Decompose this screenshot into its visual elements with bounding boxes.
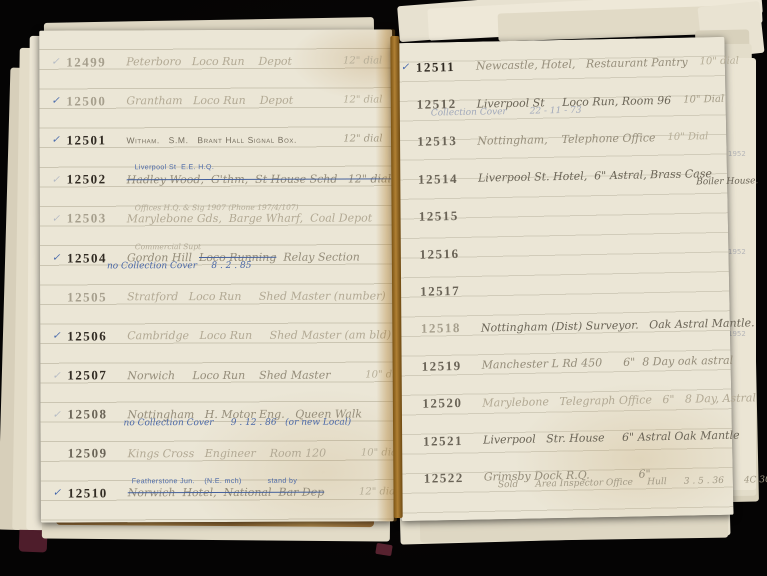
dial-size: 10" dial <box>688 55 767 68</box>
entry-number: 12519 <box>422 357 482 374</box>
ledger-row: 12522 Grimsby Dock R.Q. 6"Sold Area Insp… <box>408 454 729 498</box>
ledger-row: 12520 Marylebone Telegraph Office 6" 8 D… <box>407 379 728 423</box>
ledger-row: ✓ 12501 Witham. S.M. Brant Hall Signal B… <box>51 120 386 160</box>
ledger-row: ✓ 12500 Grantham Loco Run Depot 12" dial <box>51 81 386 121</box>
entry-text-after: Relay Section <box>276 251 359 264</box>
entry-annotation-above: Liverpool St E.E. H.Q. <box>135 164 215 171</box>
entry-text-struck: Hadley Wood, G'thm, St House Schd 12" di… <box>127 172 391 186</box>
entry-annotation-below: Boiler House. <box>696 177 758 188</box>
check-mark: ✓ <box>52 174 67 185</box>
entry-text-before: Kings Cross Engineer Room 120 <box>128 447 327 461</box>
ledger-row: ✓ 12507 Norwich Loco Run Shed Master 10"… <box>52 355 387 395</box>
entry-annotation-above: Commercial Supt <box>135 242 201 251</box>
check-mark: ✓ <box>52 370 67 381</box>
entry-number: 12502 <box>67 171 127 187</box>
ledger-row: ✓ 12506 Cambridge Loco Run Shed Master (… <box>52 316 387 356</box>
entry-text: Liverpool St E.E. H.Q.Hadley Wood, G'thm… <box>127 172 391 186</box>
ledger-row: ✓ 12502 Liverpool St E.E. H.Q.Hadley Woo… <box>52 159 387 199</box>
entry-number: 12513 <box>417 133 477 150</box>
entry-text-before: Nottingham (Dist) Surveyor. Oak Astral M… <box>481 316 755 334</box>
ledger-row: ✓ 12510 Featherstone Jun. (N.E. mch) sta… <box>53 472 388 512</box>
entry-text: Nottingham (Dist) Surveyor. Oak Astral M… <box>481 316 755 334</box>
entry-text: Offices H.Q. & Sig 1907 (Phone 197/4/107… <box>127 211 372 225</box>
dial-size: 12" dial <box>309 134 387 145</box>
entry-number: 12510 <box>68 485 128 501</box>
entry-text: Commercial SuptGordon Hill Loco Running … <box>127 251 360 265</box>
entry-text-struck: Norwich Hotel, National Bar Dep <box>128 486 325 500</box>
left-page-rows: ✓ 12499 Peterboro Loco Run Depot 12" dia… <box>39 29 394 512</box>
entry-number: 12515 <box>419 208 479 225</box>
right-page: ✓ 12511 Newcastle, Hotel, Restaurant Pan… <box>392 37 733 521</box>
fore-edge-number: 1952 <box>728 150 746 158</box>
entry-text: Manchester L Rd 450 6" 8 Day oak astral <box>482 354 734 372</box>
ledger-row: 12509 Kings Cross Engineer Room 120 10" … <box>53 433 388 473</box>
entry-text-before: Cambridge Loco Run Shed Master (am bld) <box>127 329 391 343</box>
check-mark: ✓ <box>52 213 67 224</box>
entry-number: 12520 <box>422 395 482 412</box>
entry-text: Stratford Loco Run Shed Master (number) <box>127 290 386 304</box>
entry-number: 12516 <box>419 245 479 262</box>
dial-size: 10" Dial <box>655 130 763 143</box>
ledger-row: 12516 <box>404 230 725 274</box>
fore-edge-number: 1952 <box>728 248 746 256</box>
entry-text: Featherstone Jun. (N.E. mch) stand byNor… <box>128 486 325 500</box>
entry-annotation-below: no Collection Cover 9 . 12 . 86 (or new … <box>123 417 351 428</box>
dial-size: 12" dial <box>308 95 386 106</box>
ledger-row: 12514 Liverpool St. Hotel, 6" Astral, Br… <box>403 155 724 199</box>
ledger-row: 12519 Manchester L Rd 450 6" 8 Day oak a… <box>406 342 727 386</box>
entry-text-before: Liverpool St. Hotel, 6" Astral, Brass Ca… <box>478 167 712 184</box>
entry-text <box>479 213 616 216</box>
entry-number: 12517 <box>420 283 480 300</box>
check-mark: ✓ <box>52 331 67 342</box>
cover-fragment <box>375 543 393 556</box>
entry-number: 12506 <box>67 328 127 344</box>
entry-text: Kings Cross Engineer Room 120 <box>128 447 327 461</box>
dial-size: 12" dial <box>308 55 386 66</box>
entry-annotation-above: Offices H.Q. & Sig 1907 (Phone 197/4/107… <box>135 203 299 213</box>
entry-text-before: Marylebone Telegraph Office 6" 8 Day, As… <box>482 391 756 409</box>
entry-text-before: Norwich Loco Run Shed Master <box>127 368 330 382</box>
entry-text: Nottingham, Telephone Office <box>477 131 655 147</box>
check-mark: ✓ <box>51 57 66 68</box>
ledger-row: 12515 <box>403 192 724 236</box>
dial-size <box>616 211 724 213</box>
dial-size <box>756 395 767 397</box>
entry-number: 12501 <box>66 132 126 148</box>
ledger-row: 12518 Nottingham (Dist) Surveyor. Oak As… <box>406 305 727 349</box>
entry-number: 12522 <box>424 470 484 487</box>
entry-text: Peterboro Loco Run Depot <box>126 55 308 69</box>
entry-number: 12508 <box>67 407 127 423</box>
entry-text-before: Grantham Loco Run Depot <box>126 94 293 108</box>
entry-text-before: Peterboro Loco Run Depot <box>126 55 292 69</box>
entry-number: 12505 <box>67 289 127 305</box>
dial-size <box>617 286 725 288</box>
entry-number: 12514 <box>418 170 478 187</box>
entry-annotation-above: Featherstone Jun. (N.E. mch) stand by <box>132 478 298 486</box>
entry-text: Nottingham H. Motor Eng. Queen Walkno Co… <box>127 407 362 421</box>
ledger-row: 12517 <box>405 267 726 311</box>
ledger-row: ✓ 12508 Nottingham H. Motor Eng. Queen W… <box>52 394 387 434</box>
entry-text: Liverpool St. Hotel, 6" Astral, Brass Ca… <box>478 167 712 184</box>
entry-text-before: Manchester L Rd 450 6" 8 Day oak astral <box>482 354 734 372</box>
ledger-row: 12513 Nottingham, Telephone Office 10" D… <box>402 118 723 162</box>
entry-number: 12503 <box>67 211 127 227</box>
check-mark: ✓ <box>51 96 66 107</box>
entry-annotation-below: no Collection Cover 8 . 2 . 85 <box>107 261 252 272</box>
ledger-row: 12505 Stratford Loco Run Shed Master (nu… <box>52 277 387 317</box>
entry-text: Newcastle, Hotel, Restaurant Pantry <box>476 56 688 73</box>
check-mark: ✓ <box>52 253 67 264</box>
entry-text-before: Liverpool Str. House 6" Astral Oak Mantl… <box>483 429 740 447</box>
dial-size: 10" Dial <box>671 92 767 105</box>
entry-text: Witham. S.M. Brant Hall Signal Box. <box>127 135 309 146</box>
entry-text <box>479 251 616 254</box>
entry-number: 12499 <box>66 54 126 70</box>
entry-text-before: Witham. S.M. Brant Hall Signal Box. <box>127 135 297 146</box>
ledger-row: 12521 Liverpool Str. House 6" Astral Oak… <box>408 417 729 461</box>
ledger-row: ✓ 12503 Offices H.Q. & Sig 1907 (Phone 1… <box>52 198 387 238</box>
check-mark: ✓ <box>401 62 416 73</box>
dial-size <box>755 321 767 323</box>
entry-number: 12518 <box>421 320 481 337</box>
entry-text: Liverpool St Loco Run, Room 96Collection… <box>476 93 671 110</box>
entry-number: 12521 <box>423 432 483 449</box>
entry-number: 12509 <box>68 446 128 462</box>
entry-text <box>480 288 617 291</box>
check-mark: ✓ <box>53 488 68 499</box>
entry-text: Grimsby Dock R.Q. 6"Sold Area Inspector … <box>484 468 651 484</box>
entry-text-before: Stratford Loco Run Shed Master (number) <box>127 290 386 304</box>
entry-text-before: Nottingham, Telephone Office <box>477 131 655 147</box>
left-page: ✓ 12499 Peterboro Loco Run Depot 12" dia… <box>39 29 394 522</box>
entry-annotation-below: Collection Cover 22 - 11 - 73 <box>431 105 582 118</box>
entry-text: Grantham Loco Run Depot <box>126 94 308 108</box>
entry-number: 12511 <box>416 58 476 75</box>
fore-edge-number: 1952 <box>728 330 746 338</box>
entry-text: Norwich Loco Run Shed Master <box>127 368 330 382</box>
ledger-row: ✓ 12511 Newcastle, Hotel, Restaurant Pan… <box>401 43 722 87</box>
entry-number: 12500 <box>66 93 126 109</box>
check-mark: ✓ <box>52 409 67 420</box>
ledger-photograph: 1952 1952 1952 11✓1✓1✓✓✓✓✓ ✓ 12499 Peter… <box>0 0 767 576</box>
entry-text: Cambridge Loco Run Shed Master (am bld) <box>127 329 391 343</box>
ledger-row: ✓ 12499 Peterboro Loco Run Depot 12" dia… <box>51 41 386 81</box>
ledger-row: 12512 Liverpool St Loco Run, Room 96Coll… <box>401 80 722 124</box>
entry-text-before: Newcastle, Hotel, Restaurant Pantry <box>476 56 688 73</box>
entry-text-before: Marylebone Gds, Barge Wharf, Coal Depot <box>127 211 372 225</box>
dial-size <box>616 249 724 251</box>
entry-text: Marylebone Telegraph Office 6" 8 Day, As… <box>482 391 756 409</box>
check-mark: ✓ <box>52 135 67 146</box>
dial-size: 12" dial <box>324 487 402 498</box>
right-page-rows: ✓ 12511 Newcastle, Hotel, Restaurant Pan… <box>392 37 733 498</box>
ledger-row: ✓ 12504 Commercial SuptGordon Hill Loco … <box>52 237 387 277</box>
entry-number: 12507 <box>67 367 127 383</box>
entry-text: Liverpool Str. House 6" Astral Oak Mantl… <box>483 429 740 447</box>
